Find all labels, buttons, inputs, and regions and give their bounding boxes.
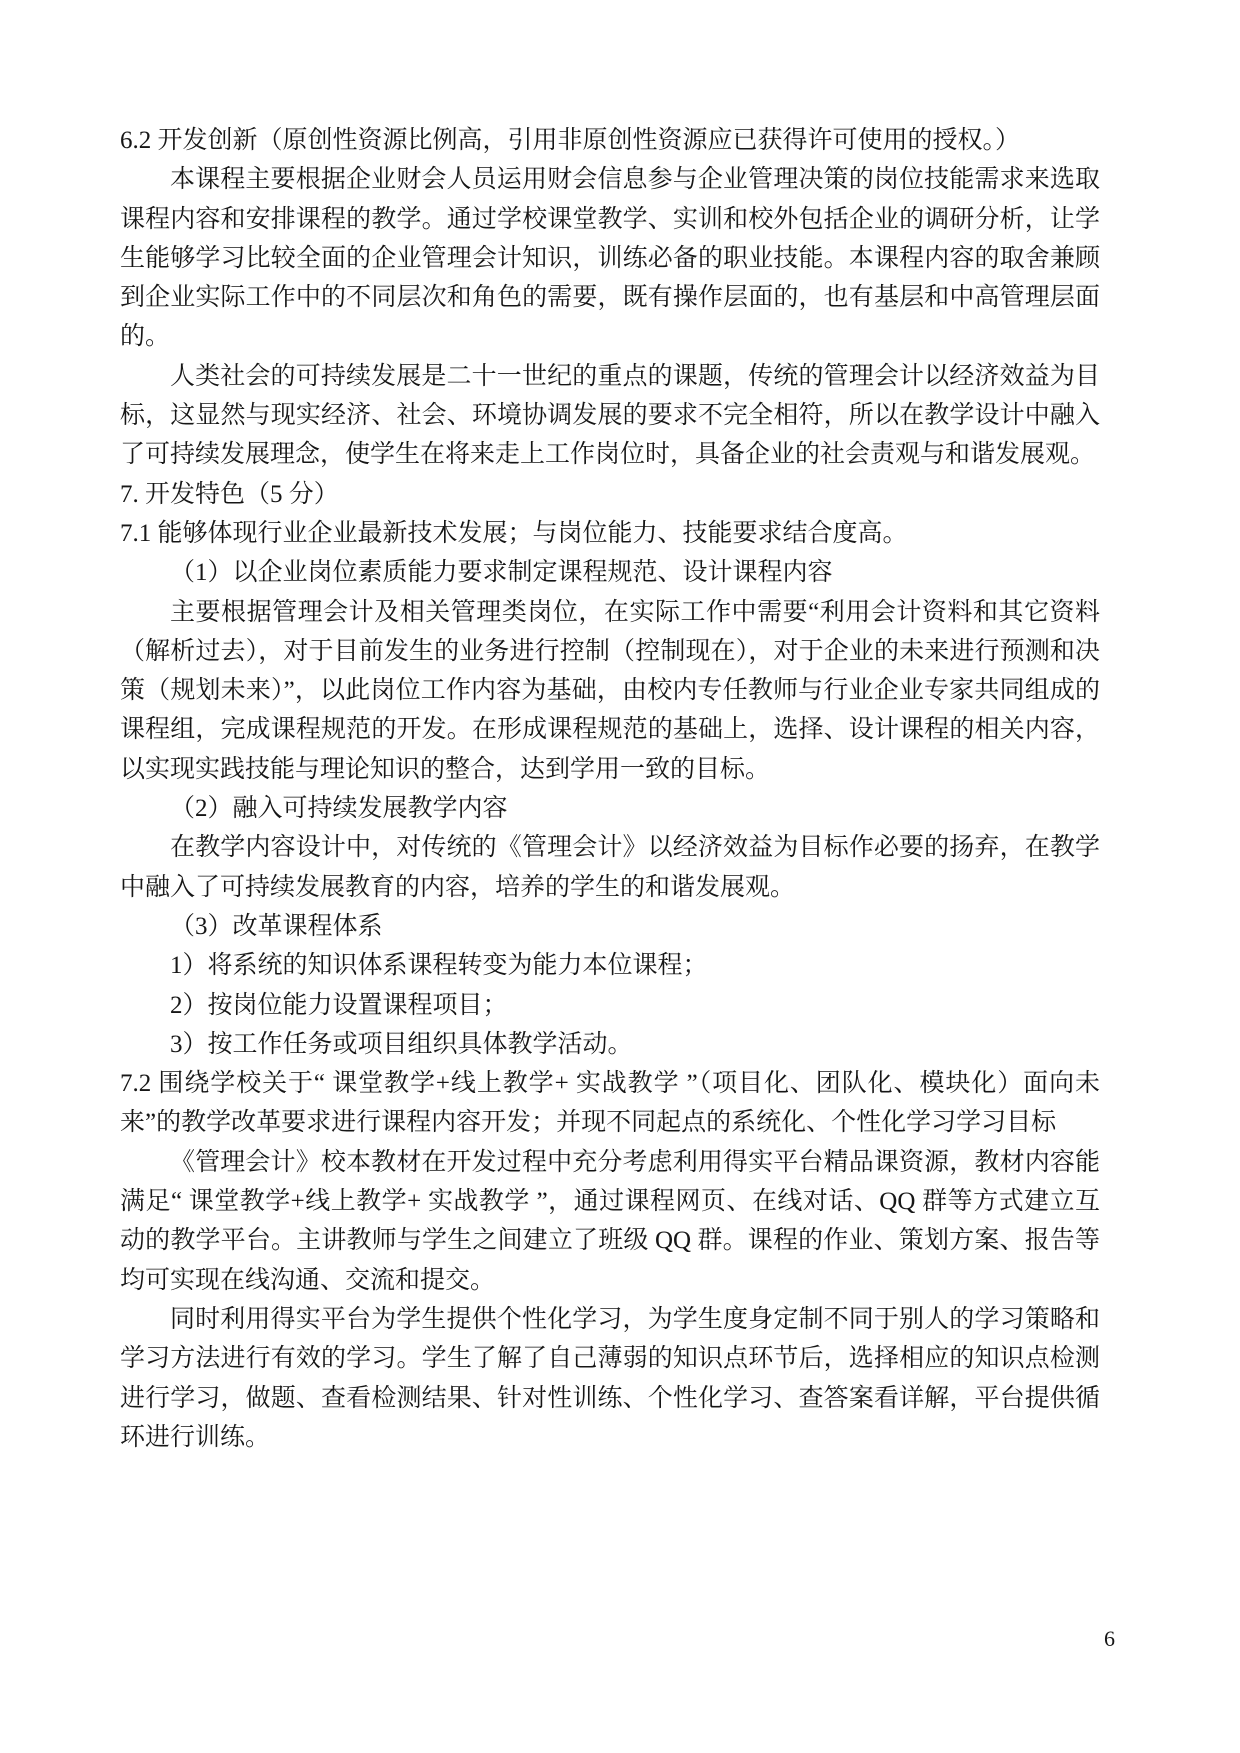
heading-7: 7. 开发特色（5 分）	[120, 475, 1100, 514]
body-paragraph: 主要根据管理会计及相关管理类岗位，在实际工作中需要“利用会计资料和其它资料（解析…	[120, 593, 1100, 789]
list-item: 1）将系统的知识体系课程转变为能力本位课程；	[120, 946, 1100, 985]
heading-6-2: 6.2 开发创新（原创性资源比例高，引用非原创性资源应已获得许可使用的授权。）	[120, 121, 1100, 160]
list-item: （3）改革课程体系	[120, 907, 1100, 946]
list-item: 2）按岗位能力设置课程项目；	[120, 986, 1100, 1025]
heading-7-1: 7.1 能够体现行业企业最新技术发展；与岗位能力、技能要求结合度高。	[120, 514, 1100, 553]
list-item: （2）融入可持续发展教学内容	[120, 789, 1100, 828]
heading-7-2: 7.2 围绕学校关于“ 课堂教学+线上教学+ 实战教学 ”（项目化、团队化、模块…	[120, 1064, 1100, 1143]
document-body: 6.2 开发创新（原创性资源比例高，引用非原创性资源应已获得许可使用的授权。） …	[120, 121, 1100, 1457]
list-item: 3）按工作任务或项目组织具体教学活动。	[120, 1025, 1100, 1064]
body-paragraph: 《管理会计》校本教材在开发过程中充分考虑利用得实平台精品课资源，教材内容能满足“…	[120, 1143, 1100, 1300]
list-item: （1）以企业岗位素质能力要求制定课程规范、设计课程内容	[120, 553, 1100, 592]
body-paragraph: 人类社会的可持续发展是二十一世纪的重点的课题，传统的管理会计以经济效益为目标，这…	[120, 357, 1100, 475]
body-paragraph: 在教学内容设计中，对传统的《管理会计》以经济效益为目标作必要的扬弃，在教学中融入…	[120, 828, 1100, 907]
body-paragraph: 同时利用得实平台为学生提供个性化学习，为学生度身定制不同于别人的学习策略和学习方…	[120, 1300, 1100, 1457]
body-paragraph: 本课程主要根据企业财会人员运用财会信息参与企业管理决策的岗位技能需求来选取课程内…	[120, 160, 1100, 356]
document-page: 6.2 开发创新（原创性资源比例高，引用非原创性资源应已获得许可使用的授权。） …	[0, 0, 1240, 1753]
page-number: 6	[1104, 1624, 1115, 1654]
